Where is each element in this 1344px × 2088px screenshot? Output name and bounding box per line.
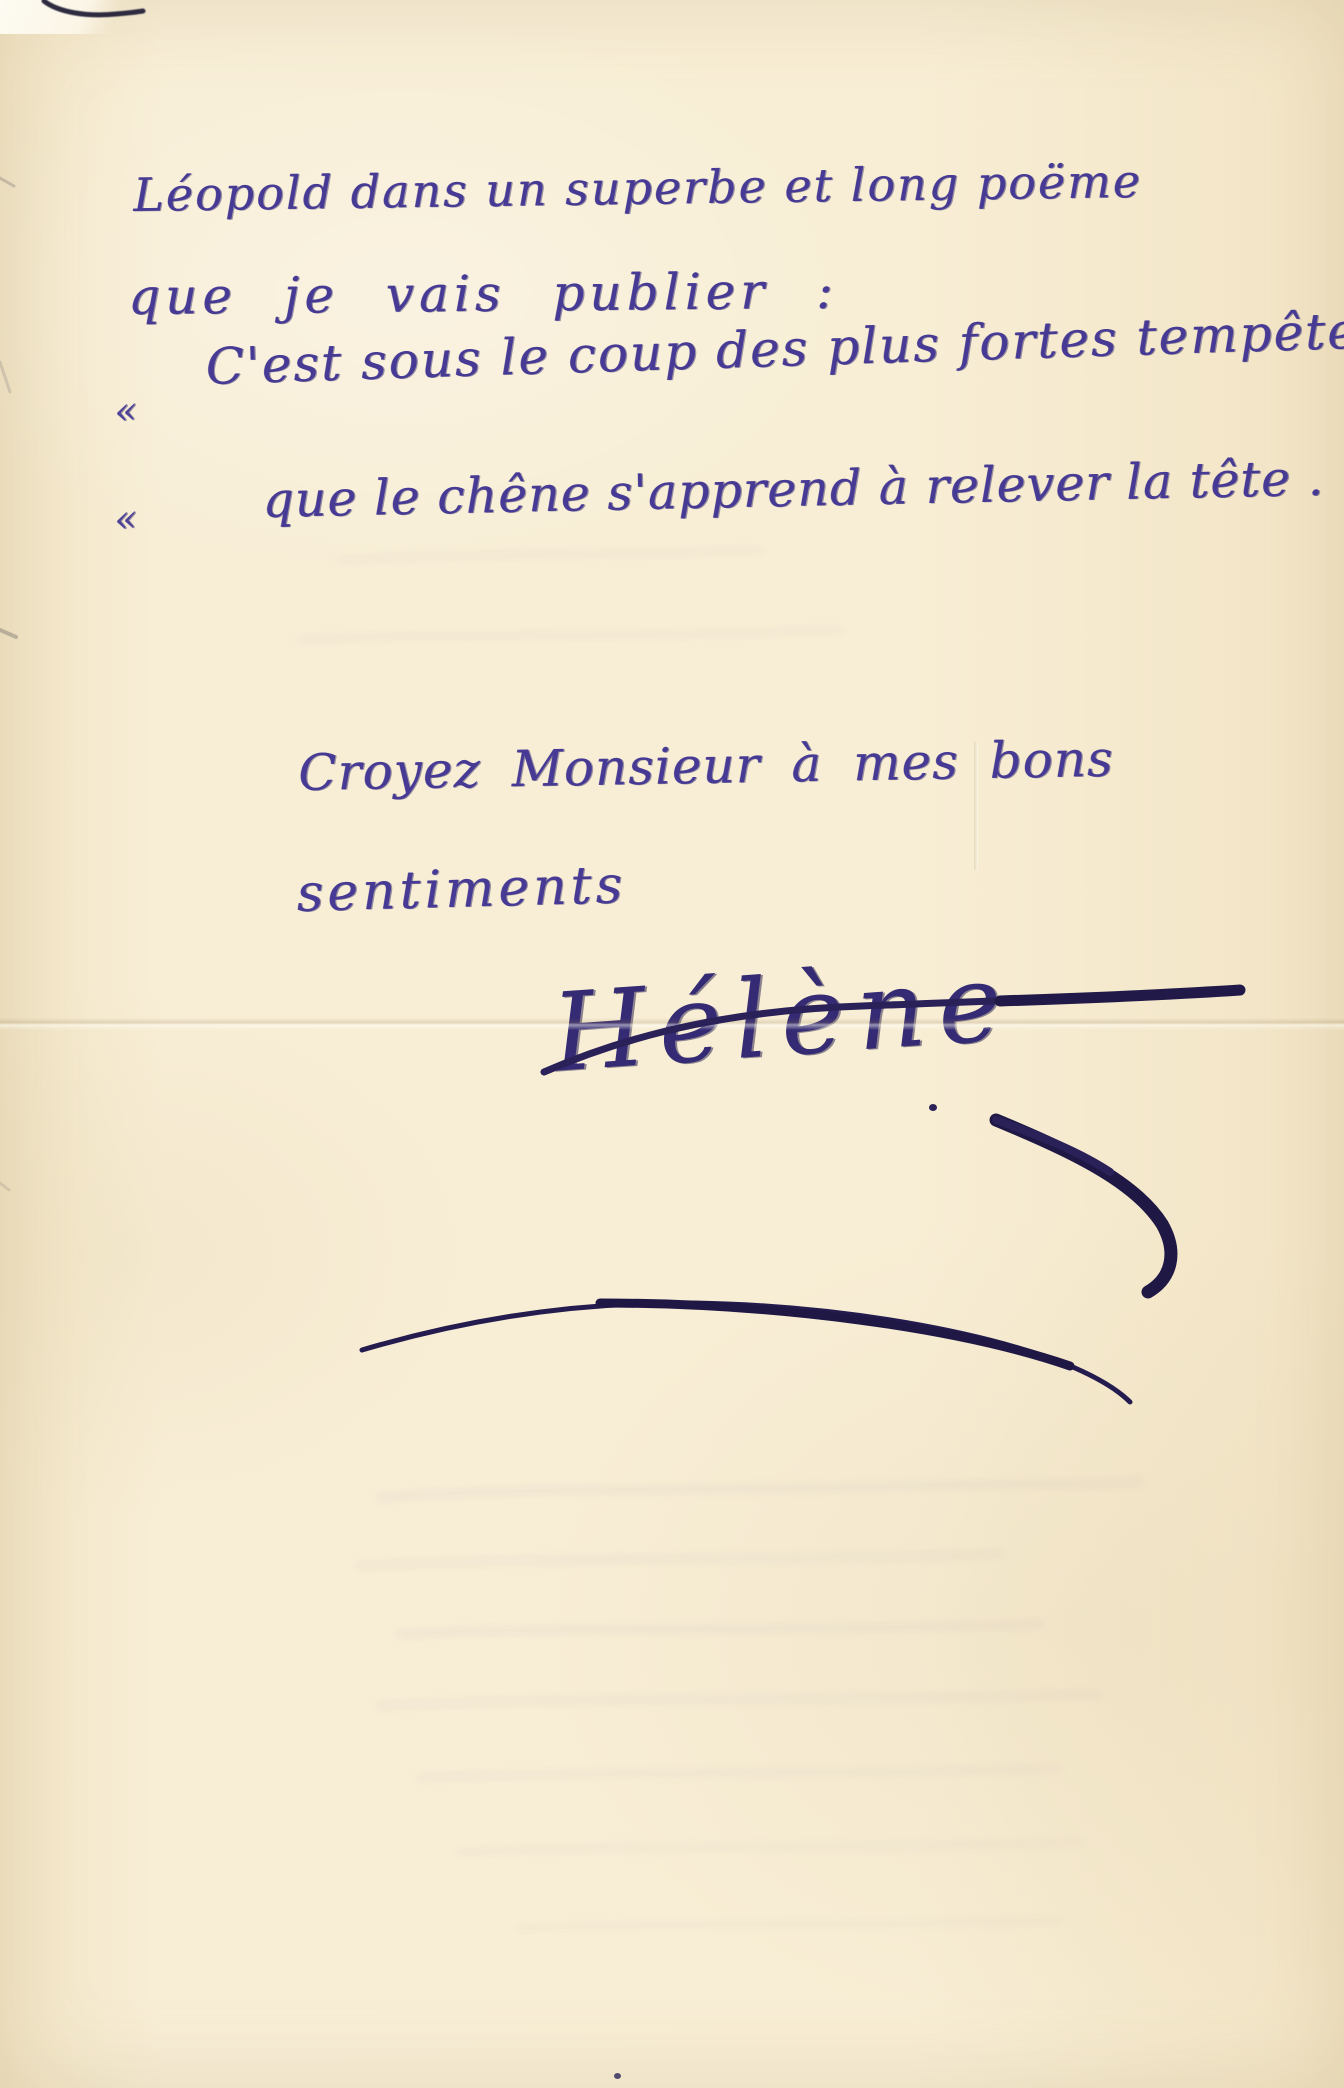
fold-crease-vertical (974, 742, 978, 870)
quote-mark-2: « (112, 496, 138, 542)
ink-speck (614, 2073, 621, 2079)
quote-mark-1: « (112, 388, 138, 434)
underline-swoosh (362, 1303, 1130, 1402)
edge-mark (0, 362, 10, 392)
closing-line-1: Croyez Monsieur à mes bons (298, 730, 1114, 802)
letter-body-line-1: Léopold dans un superbe et long poëme (133, 154, 1142, 222)
fold-crease-horizontal (0, 1018, 1344, 1030)
page-corner-curl (0, 0, 150, 34)
edge-mark (0, 630, 16, 637)
letter-body-line-2: que je vais publier : (128, 262, 838, 326)
closing-line-2: sentiments (296, 855, 627, 924)
edge-mark (0, 1183, 9, 1190)
quote-line-2: que le chêne s'apprend à relever la tête… (262, 450, 1325, 529)
edge-mark (0, 178, 14, 186)
letter-page: Léopold dans un superbe et long poëme qu… (0, 0, 1344, 2088)
ink-speck (929, 1104, 937, 1111)
signature-tail-flourish (996, 1120, 1171, 1292)
